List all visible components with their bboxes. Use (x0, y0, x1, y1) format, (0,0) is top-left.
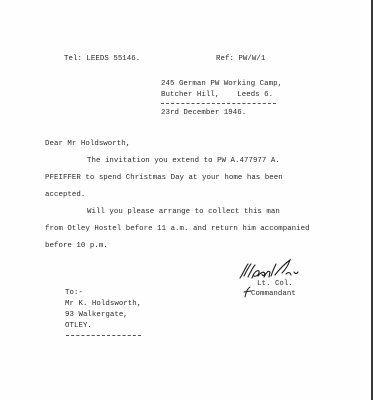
address-divider (161, 103, 276, 104)
recipient-name: Mr K. Holdsworth, (65, 300, 141, 309)
signatory-rank: Lt. Col. (257, 280, 293, 289)
salutation: Dear Mr Holdsworth, (45, 140, 130, 149)
paragraph2-line3: before 10 p.m. (45, 242, 108, 251)
reference-number: Ref: PW/W/1 (216, 55, 265, 64)
recipient-label: To:- (65, 289, 83, 298)
paragraph1-line2: PFEIFFER to spend Christmas Day at your … (45, 174, 283, 183)
recipient-divider (66, 335, 141, 336)
paragraph2-line2: from Otley Hostel before 11 a.m. and ret… (45, 225, 310, 234)
sender-address-line1: 245 German PW Working Camp, (161, 80, 282, 89)
paragraph1-line1: The invitation you extend to PW A.477977… (87, 157, 280, 166)
letter-date: 23rd December 1946. (161, 109, 246, 118)
signatory-title: Commandant (251, 290, 296, 299)
paragraph1-line3: accepted. (45, 191, 85, 200)
recipient-town: OTLEY. (65, 322, 92, 331)
telephone-number: Tel: LEEDS 55146. (64, 55, 140, 64)
paragraph2-line1: Will you please arrange to collect this … (87, 208, 280, 217)
sender-address-line2: Butcher Hill, Leeds 6. (161, 91, 273, 100)
recipient-street: 93 Walkergate, (65, 311, 128, 320)
letter-page: Tel: LEEDS 55146. Ref: PW/W/1 245 German… (0, 0, 371, 400)
